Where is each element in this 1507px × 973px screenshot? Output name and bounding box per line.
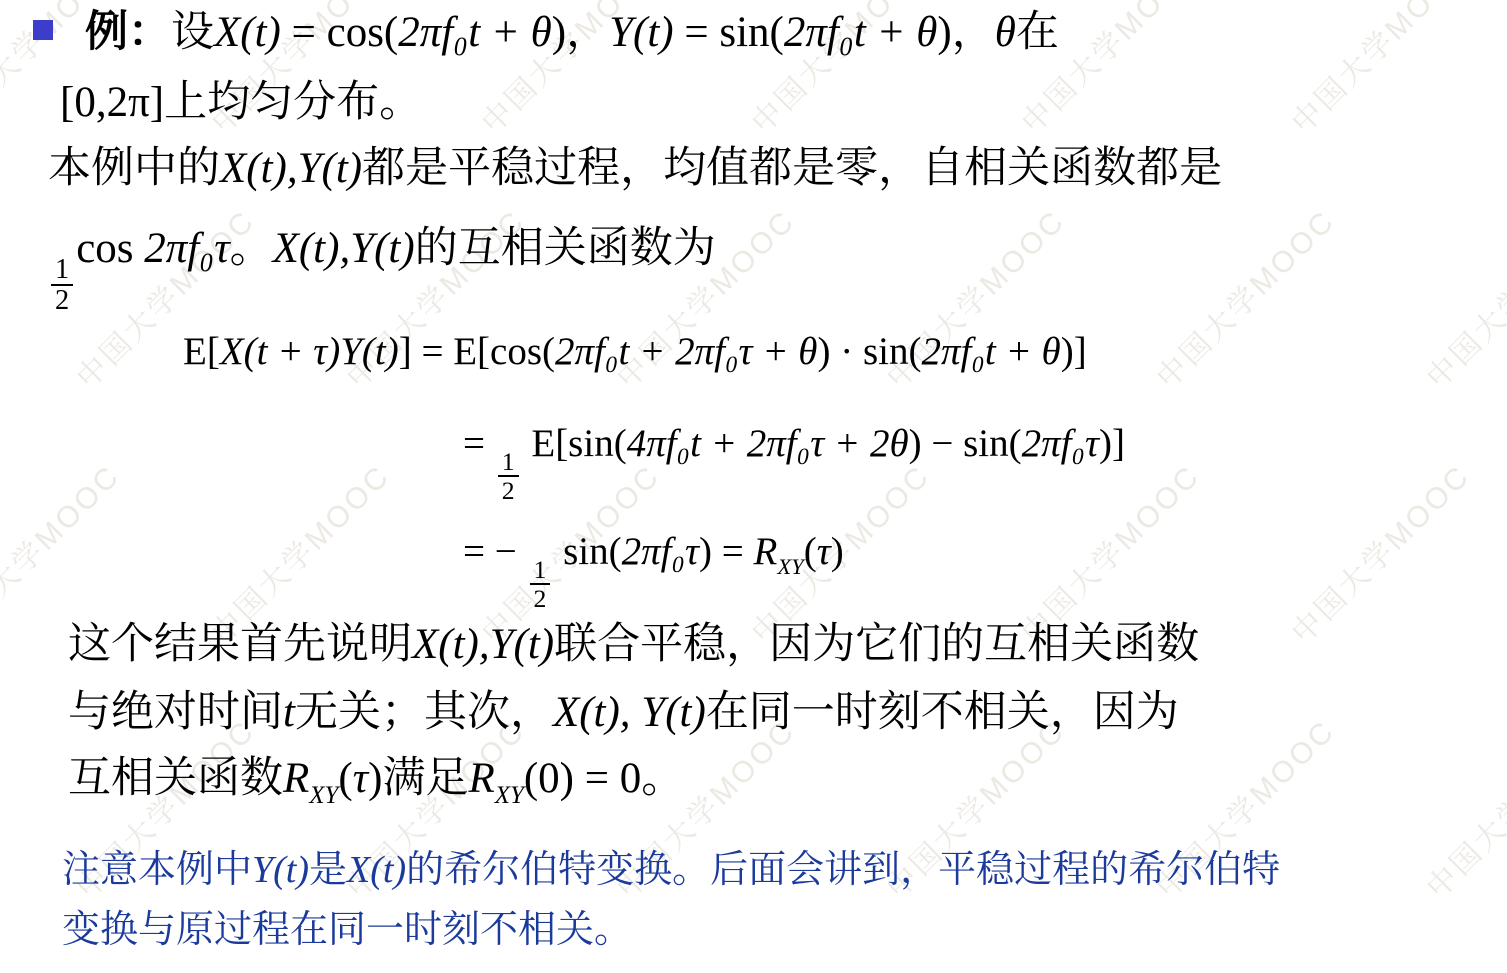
conclusion-paragraph-line-3: 互相关函数RXY(τ)满足RXY(0) = 0。 [68, 752, 684, 811]
math-run: (0) = 0 [524, 755, 641, 802]
bullet-square-icon [33, 20, 53, 40]
text-run: 无关；其次， [295, 689, 553, 736]
text-run: 本例中的 [48, 145, 220, 192]
text-run: ， [566, 9, 609, 56]
math-run: 4πf₀t + 2πf₀τ + 2θ [627, 422, 909, 465]
math-run: R [468, 755, 494, 802]
math-run: R [283, 755, 309, 802]
subscript: XY [495, 782, 524, 809]
math-run: )] [1099, 422, 1125, 465]
text-run: 都是平稳过程，均值都是零，自相关函数都是 [362, 145, 1222, 192]
text-run: 注意本例中 [62, 849, 252, 891]
text-run: 是 [309, 849, 347, 891]
subscript: XY [777, 554, 803, 579]
math-run: ( [804, 530, 817, 573]
math-run: ) [831, 530, 844, 573]
watermark-text: 中国大学MOOC [1144, 198, 1343, 397]
equation-line-2: = 12 E[sin(4πf₀t + 2πf₀τ + 2θ) − sin(2πf… [463, 420, 1125, 504]
text-run: 。 [230, 225, 273, 272]
body-paragraph1-line-2: 12cos 2πf₀τ。X(t),Y(t)的互相关函数为 [48, 222, 716, 316]
math-run: = [463, 422, 495, 465]
math-run: )] [1061, 330, 1087, 373]
text-run: 满足 [382, 755, 468, 802]
lecture-slide: 中国大学MOOC中国大学MOOC中国大学MOOC中国大学MOOC中国大学MOOC… [0, 0, 1507, 973]
math-run: cos [76, 225, 144, 272]
math-run: τ [817, 530, 831, 573]
math-run: X(t), Y(t) [553, 689, 706, 736]
math-run: ) = [699, 530, 753, 573]
math-run: ) · sin( [817, 330, 921, 373]
math-run: ) [937, 9, 951, 56]
math-run: ( [338, 755, 352, 802]
example-statement-line-1: 例：设X(t) = cos(2πf₀t + θ)，Y(t) = sin(2πf₀… [85, 6, 1059, 60]
math-run: 2πf₀t + θ [921, 330, 1060, 373]
watermark-text: 中国大学MOOC [1279, 453, 1478, 652]
text-run: 上均匀分布。 [164, 79, 422, 126]
text-run: 的互相关函数为 [415, 225, 716, 272]
math-run: = sin( [674, 9, 784, 56]
text-run: 例： [85, 9, 171, 56]
math-run: 2πf₀t + θ [398, 9, 552, 56]
fraction: 12 [530, 556, 551, 612]
conclusion-paragraph-line-2: 与绝对时间t无关；其次，X(t), Y(t)在同一时刻不相关，因为 [68, 686, 1179, 740]
text-run: 联合平稳，因为它们的互相关函数 [554, 621, 1199, 668]
equation-line-3: = − 12 sin(2πf₀τ) = RXY(τ) [463, 528, 844, 612]
fraction: 12 [51, 255, 73, 317]
equation-line-1: E[X(t + τ)Y(t)] = E[cos(2πf₀t + 2πf₀τ + … [183, 328, 1087, 377]
math-run: [0,2π] [60, 79, 164, 126]
math-run: 2πf₀τ [144, 225, 229, 272]
watermark-text: 中国大学MOOC [1414, 708, 1507, 907]
text-run: ， [952, 9, 995, 56]
math-run: ] = E[cos( [399, 330, 555, 373]
math-run: E[sin( [522, 422, 627, 465]
math-run: X(t) [214, 9, 281, 56]
math-run: = − [463, 530, 527, 573]
math-run: X(t),Y(t) [220, 145, 362, 192]
math-run: ) [368, 755, 382, 802]
math-run: 2πf₀τ [1022, 422, 1099, 465]
math-run: Y(t) [252, 849, 309, 891]
math-run: ) − sin( [909, 422, 1022, 465]
math-run: 2πf₀t + θ [784, 9, 938, 56]
text-run: 设 [171, 9, 214, 56]
math-run: X(t),Y(t) [412, 621, 554, 668]
text-run: 与绝对时间 [68, 689, 283, 736]
subscript: XY [309, 782, 338, 809]
math-run: sin( [553, 530, 621, 573]
math-run: 2πf₀t + 2πf₀τ + θ [555, 330, 817, 373]
text-run: 在同一时刻不相关，因为 [706, 689, 1179, 736]
math-run: X(t) [347, 849, 406, 891]
conclusion-paragraph-line-1: 这个结果首先说明X(t),Y(t)联合平稳，因为它们的互相关函数 [68, 618, 1199, 672]
math-run: θ [995, 9, 1016, 56]
fraction: 12 [498, 448, 519, 504]
math-run: Y(t) [609, 9, 674, 56]
watermark-text: 中国大学MOOC [1414, 198, 1507, 397]
text-run: 在 [1016, 9, 1059, 56]
math-run: 2πf₀τ [622, 530, 699, 573]
math-run: τ [353, 755, 368, 802]
note-hilbert-line-2: 变换与原过程在同一时刻不相关。 [62, 907, 632, 955]
math-run: ) [552, 9, 566, 56]
math-run: = cos( [281, 9, 398, 56]
text-run: 的希尔伯特变换。后面会讲到，平稳过程的希尔伯特 [406, 849, 1280, 891]
text-run: 这个结果首先说明 [68, 621, 412, 668]
math-run: E[ [183, 330, 220, 373]
watermark-text: 中国大学MOOC [1279, 0, 1478, 141]
note-hilbert-line-1: 注意本例中Y(t)是X(t)的希尔伯特变换。后面会讲到，平稳过程的希尔伯特 [62, 847, 1280, 895]
example-statement-line-2: [0,2π]上均匀分布。 [60, 76, 422, 130]
body-paragraph1-line-1: 本例中的X(t),Y(t)都是平稳过程，均值都是零，自相关函数都是 [48, 142, 1222, 196]
text-run: 互相关函数 [68, 755, 283, 802]
text-run: 。 [641, 755, 684, 802]
text-run: 变换与原过程在同一时刻不相关。 [62, 909, 632, 951]
math-run: X(t),Y(t) [273, 225, 415, 272]
math-run: t [283, 689, 295, 736]
math-run: X(t + τ)Y(t) [220, 330, 399, 373]
math-run: R [754, 530, 778, 573]
